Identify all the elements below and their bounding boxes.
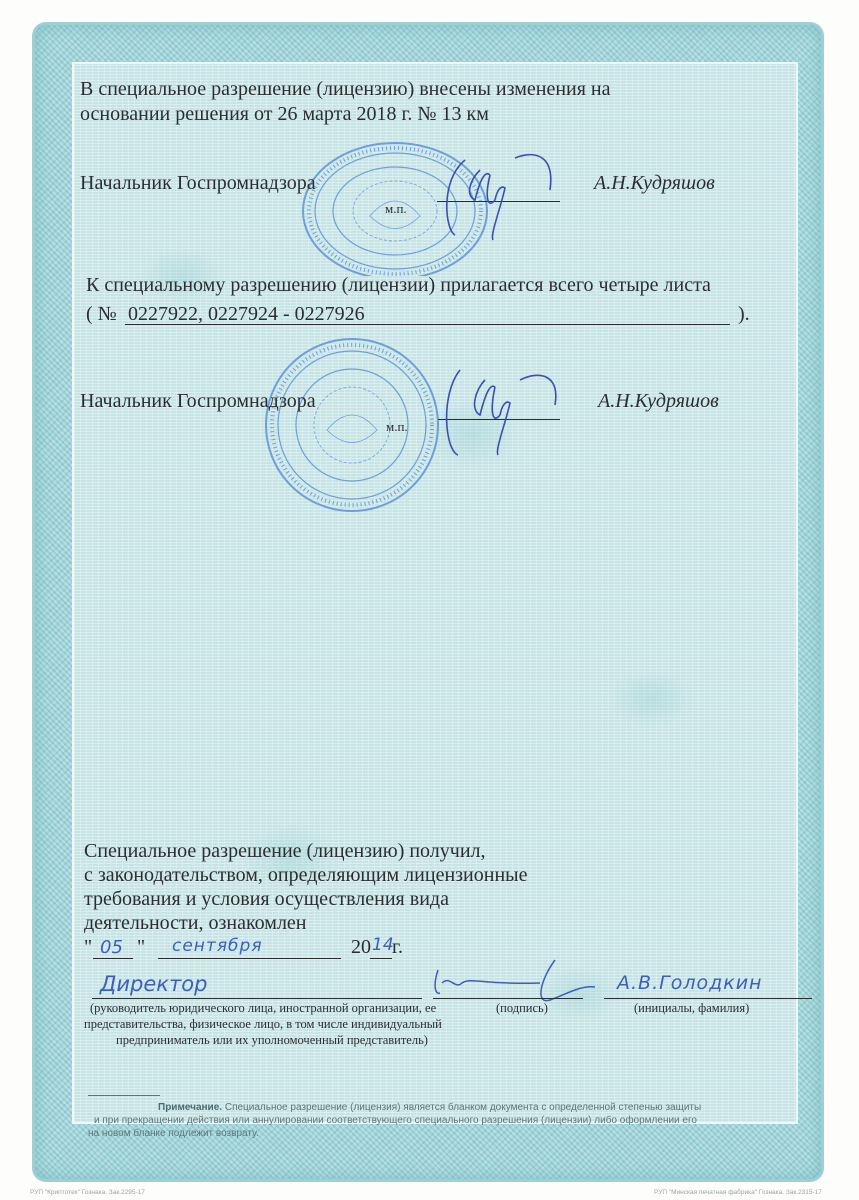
year-prefix: 20 bbox=[351, 934, 371, 960]
official-seal-icon bbox=[262, 335, 442, 515]
attachment-open: ( № bbox=[86, 301, 117, 327]
receipt-line-4: деятельности, ознакомлен bbox=[84, 910, 307, 936]
caption-signature: (подпись) bbox=[496, 1000, 548, 1016]
caption-role-3: предприниматель или их уполномоченный пр… bbox=[116, 1032, 428, 1048]
year-unit: г. bbox=[392, 934, 403, 960]
date-day-line bbox=[93, 958, 133, 959]
recipient-name-line bbox=[604, 998, 812, 999]
signatory-position-1: Начальник Госпромнадзора bbox=[80, 170, 316, 196]
receipt-line-2: с законодательством, определяющим лиценз… bbox=[84, 862, 527, 888]
date-day-handwritten: 05 bbox=[100, 937, 123, 958]
recipient-role-handwritten: Директор bbox=[100, 972, 207, 996]
attachment-close: ). bbox=[738, 301, 750, 327]
footer-printer-left: РУП "Криптотех" Гознака. Зак.2295-17 bbox=[30, 1189, 145, 1196]
recipient-signature-line bbox=[433, 998, 583, 999]
attachment-line-1: К специальному разрешению (лицензии) при… bbox=[86, 272, 711, 298]
signatory-name-2: А.Н.Кудряшов bbox=[598, 388, 719, 414]
note-separator bbox=[88, 1095, 160, 1096]
signature-icon bbox=[440, 355, 570, 465]
recipient-name-handwritten: А.В.Голодкин bbox=[617, 972, 762, 994]
amendment-line-2: основании решения от 26 марта 2018 г. № … bbox=[80, 101, 489, 127]
attachment-numbers-line bbox=[125, 324, 730, 325]
receipt-line-1: Специальное разрешение (лицензию) получи… bbox=[84, 838, 486, 864]
note-line-3: на новом бланке подлежит возврату. bbox=[88, 1127, 259, 1140]
caption-name: (инициалы, фамилия) bbox=[634, 1000, 749, 1016]
year-line bbox=[370, 958, 392, 959]
amendment-line-1: В специальное разрешение (лицензию) внес… bbox=[80, 76, 611, 102]
date-month-line bbox=[158, 958, 341, 959]
footer-printer-right: РУП "Минская печатная фабрика" Гознака. … bbox=[654, 1189, 822, 1196]
recipient-role-line bbox=[92, 998, 422, 999]
date-quote-close: " bbox=[137, 934, 145, 960]
stamp-place-label-1: м.п. bbox=[385, 196, 407, 222]
year-suffix-handwritten: 14 bbox=[372, 935, 394, 955]
note-label: Примечание. bbox=[158, 1102, 222, 1113]
date-quote-open: " bbox=[84, 934, 92, 960]
signature-icon bbox=[435, 140, 565, 250]
receipt-line-3: требования и условия осуществления вида bbox=[84, 886, 449, 912]
stamp-place-label-2: м.п. bbox=[386, 414, 408, 440]
note-line-1: Примечание. Специальное разрешение (лице… bbox=[158, 1101, 701, 1114]
signatory-name-1: А.Н.Кудряшов bbox=[594, 170, 715, 196]
note-line-2: и при прекращении действия или аннулиров… bbox=[94, 1114, 697, 1127]
date-month-handwritten: сентября bbox=[172, 936, 263, 956]
signatory-position-2: Начальник Госпромнадзора bbox=[80, 388, 316, 414]
caption-role-1: (руководитель юридического лица, иностра… bbox=[90, 1000, 436, 1016]
caption-role-2: представительства, физическое лицо, в то… bbox=[84, 1016, 442, 1032]
